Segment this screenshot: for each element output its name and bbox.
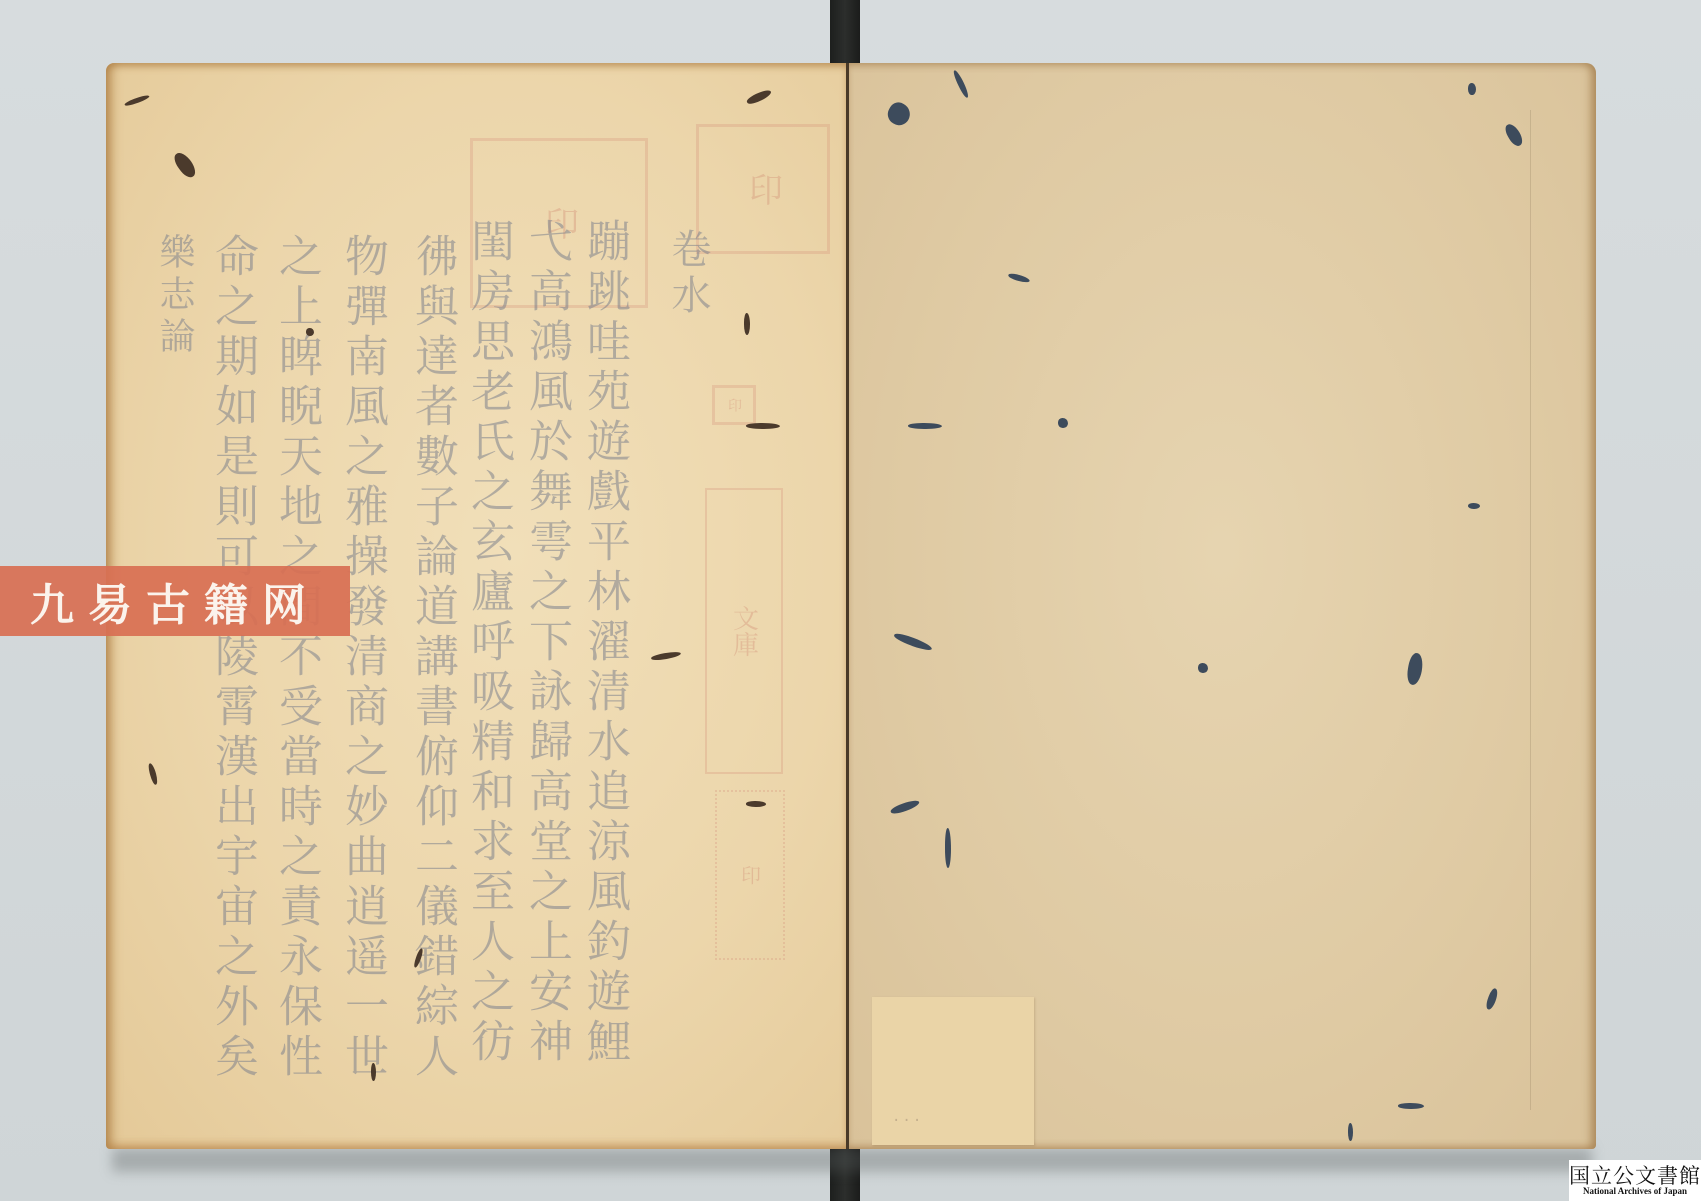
wormhole — [746, 423, 780, 429]
wormhole — [945, 828, 951, 868]
wormhole — [1503, 122, 1525, 149]
pasted-label: ... — [872, 997, 1034, 1145]
page-shadow — [112, 1148, 1592, 1172]
wormhole — [306, 328, 314, 336]
right-page — [848, 63, 1596, 1149]
text-column-1: 卷水 — [668, 228, 708, 320]
text-column-7: 之上睥睨天地之間不受當時之責永保性 — [274, 233, 318, 1083]
text-column-3: 弋高鴻風於舞雩之下詠歸高堂之上安神 — [524, 218, 568, 1068]
wormhole — [890, 798, 921, 816]
text-column-2: 蹦跳哇苑遊戲平林濯清水追涼風釣遊鯉 — [582, 218, 626, 1068]
wormhole — [651, 650, 682, 661]
text-column-4: 閨房思老氏之玄廬呼吸精和求至人之彷 — [466, 218, 510, 1068]
wormhole — [746, 801, 766, 807]
text-column-9: 樂志論 — [156, 233, 192, 359]
archive-logo-japanese: 国立公文書館 — [1569, 1165, 1701, 1187]
wormhole — [884, 99, 914, 129]
text-column-8: 命之期如是則可以陵霄漢出宇宙之外矣 — [210, 233, 254, 1083]
wormhole — [1348, 1123, 1353, 1141]
archive-logo-english: National Archives of Japan — [1583, 1187, 1687, 1197]
wormhole — [908, 423, 942, 429]
wormhole — [1008, 272, 1031, 283]
pasted-label-text: ... — [892, 1109, 923, 1125]
wormhole — [1468, 83, 1476, 95]
page-gutter-line — [846, 63, 849, 1149]
text-column-6: 物彈南風之雅操發清商之妙曲逍遥一世 — [340, 233, 384, 1083]
wormhole — [744, 313, 750, 335]
wormhole — [1405, 652, 1424, 686]
wormhole — [893, 631, 933, 652]
archive-logo: 国立公文書館 National Archives of Japan — [1569, 1160, 1701, 1201]
wormhole — [746, 88, 773, 106]
wormhole — [952, 69, 970, 99]
seal-stamp-top-right: 印 — [696, 124, 830, 254]
wormhole — [147, 763, 158, 786]
seal-stamp-rectangular: 文庫 — [705, 488, 783, 774]
watermark-text: 九易古籍网 — [30, 569, 320, 633]
seal-stamp-small: 印 — [712, 385, 756, 425]
wormhole — [371, 1063, 376, 1081]
wormhole — [1198, 663, 1208, 673]
wormhole — [1484, 987, 1499, 1010]
wormhole — [1468, 503, 1480, 509]
wormhole — [1398, 1103, 1424, 1109]
wormhole — [124, 94, 150, 108]
seal-stamp-faded: 印 — [715, 790, 785, 960]
page-fold-line — [1530, 110, 1531, 1110]
watermark-banner: 九易古籍网 — [0, 566, 350, 636]
wormhole — [171, 150, 199, 181]
wormhole — [1058, 418, 1068, 428]
